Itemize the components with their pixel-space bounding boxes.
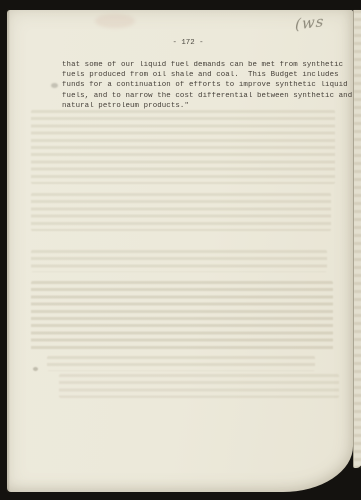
body-paragraph: that some of our liquid fuel demands can… — [62, 60, 352, 111]
scan-stain — [95, 14, 135, 28]
paragraph-line: funds for a continuation of efforts to i… — [62, 80, 352, 90]
bleed-through-text-block — [59, 374, 339, 398]
scan-stain — [51, 83, 58, 88]
handwritten-annotation: (ws — [295, 12, 325, 33]
paragraph-line: fuels, and to narrow the cost differenti… — [62, 91, 352, 101]
scanned-document: (ws - 172 - that some of our liquid fuel… — [0, 0, 361, 500]
page-gutter-shadow — [7, 10, 9, 492]
paragraph-line: that some of our liquid fuel demands can… — [62, 60, 352, 70]
bleed-through-text-block — [31, 281, 333, 351]
bleed-through-text-block — [31, 250, 327, 272]
document-page: (ws - 172 - that some of our liquid fuel… — [7, 10, 353, 492]
paragraph-line: fuels produced from oil shale and coal. … — [62, 70, 352, 80]
page-number: - 172 - — [7, 39, 353, 47]
bleed-through-text-block — [47, 356, 315, 371]
page-edge-texture — [354, 10, 361, 468]
scan-stain — [33, 367, 38, 371]
bleed-through-text-block — [31, 193, 331, 231]
bleed-through-text-block — [31, 110, 335, 184]
page-edge — [353, 10, 361, 468]
